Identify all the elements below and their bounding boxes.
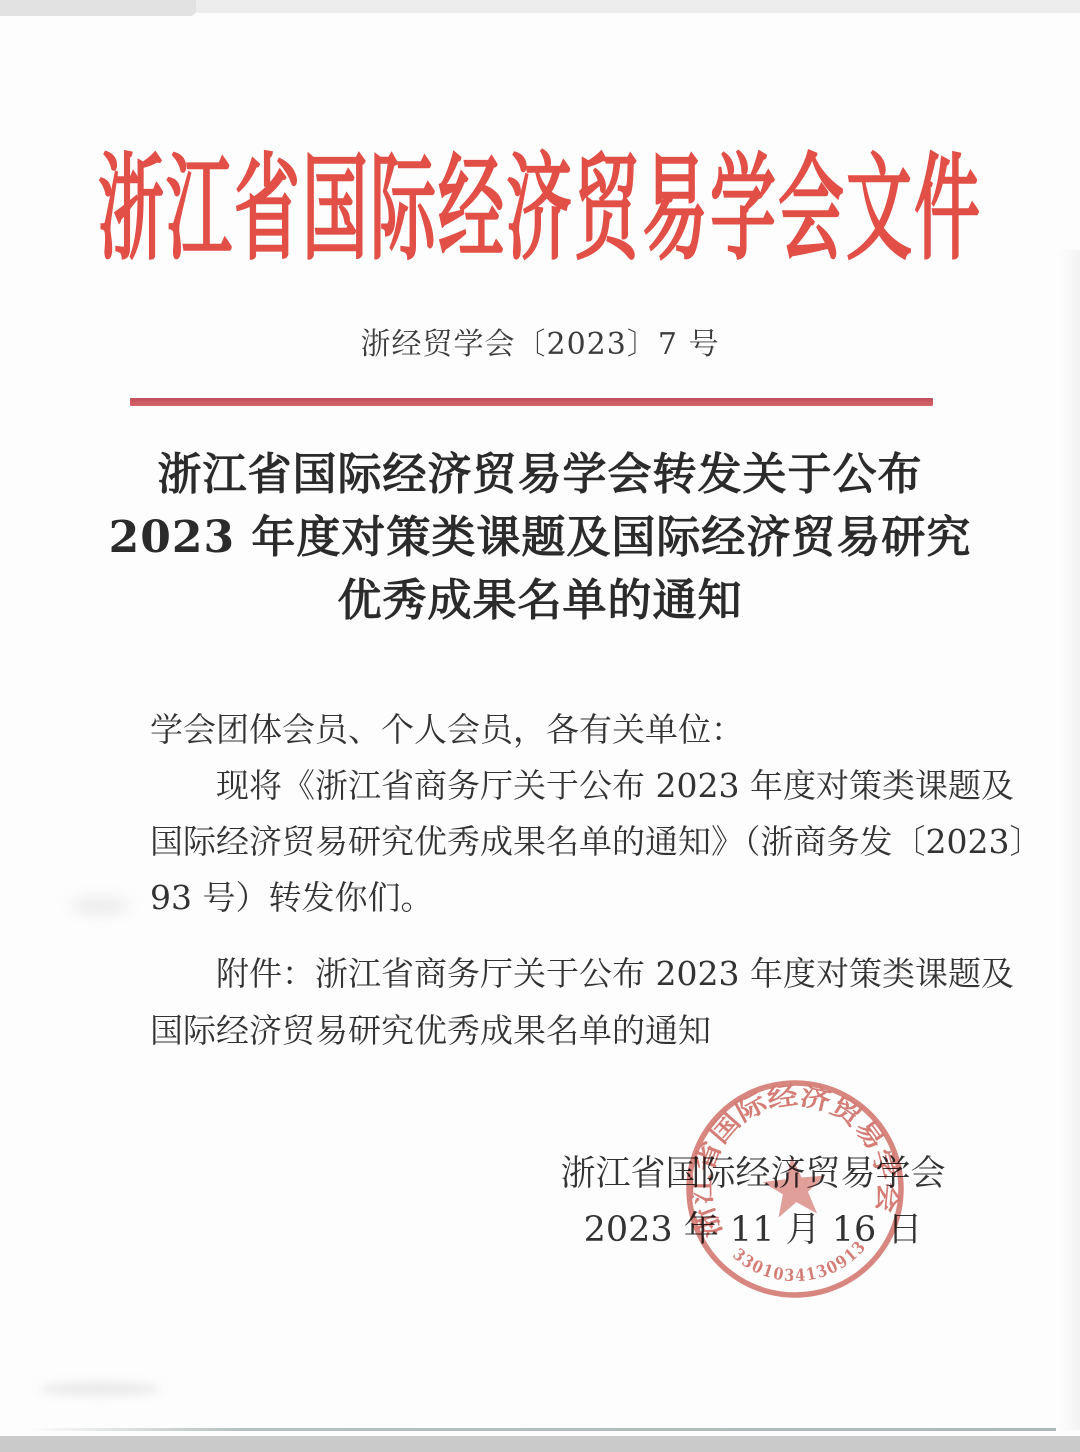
red-divider-rule bbox=[130, 398, 933, 406]
document-title: 浙江省国际经济贸易学会转发关于公布 2023 年度对策类课题及国际经济贸易研究 … bbox=[60, 443, 1020, 632]
paper-bottom-edge bbox=[30, 1428, 1056, 1431]
attachment-line-1: 附件：浙江省商务厅关于公布 2023 年度对策类课题及 bbox=[150, 945, 940, 1002]
body-line-3: 93 号）转发你们。 bbox=[150, 870, 940, 926]
attachment-section: 附件：浙江省商务厅关于公布 2023 年度对策类课题及 国际经济贸易研究优秀成果… bbox=[150, 945, 940, 1059]
scan-edge-right bbox=[1058, 250, 1080, 1430]
scan-smudge bbox=[70, 895, 130, 917]
document-title-line-1: 浙江省国际经济贸易学会转发关于公布 bbox=[60, 443, 1020, 506]
document-number: 浙经贸学会〔2023〕7 号 bbox=[0, 324, 1080, 366]
document-body: 学会团体会员、个人会员，各有关单位： 现将《浙江省商务厅关于公布 2023 年度… bbox=[150, 702, 940, 926]
attachment-line-2: 国际经济贸易研究优秀成果名单的通知 bbox=[150, 1002, 940, 1059]
scan-smudge bbox=[40, 1382, 160, 1396]
letterhead: 浙江省国际经济贸易学会文件 bbox=[0, 128, 1080, 268]
signature-block: 浙江省国际经济贸易学会 2023 年 11 月 16 日 bbox=[553, 1146, 953, 1258]
signature-date: 2023 年 11 月 16 日 bbox=[553, 1202, 953, 1258]
document-title-line-3: 优秀成果名单的通知 bbox=[60, 569, 1020, 632]
document-title-line-2: 2023 年度对策类课题及国际经济贸易研究 bbox=[60, 506, 1020, 569]
scan-edge-bottom bbox=[0, 1436, 1080, 1452]
signature-organization: 浙江省国际经济贸易学会 bbox=[553, 1146, 953, 1202]
letterhead-title: 浙江省国际经济贸易学会文件 bbox=[98, 115, 982, 281]
body-line-1: 现将《浙江省商务厅关于公布 2023 年度对策类课题及 bbox=[150, 758, 940, 814]
body-line-2: 国际经济贸易研究优秀成果名单的通知》（浙商务发〔2023〕 bbox=[150, 814, 940, 870]
scanned-document-page: 浙江省国际经济贸易学会文件 浙经贸学会〔2023〕7 号 浙江省国际经济贸易学会… bbox=[0, 0, 1080, 1452]
salutation-line: 学会团体会员、个人会员，各有关单位： bbox=[150, 702, 940, 758]
scan-edge-top-left bbox=[0, 0, 196, 16]
